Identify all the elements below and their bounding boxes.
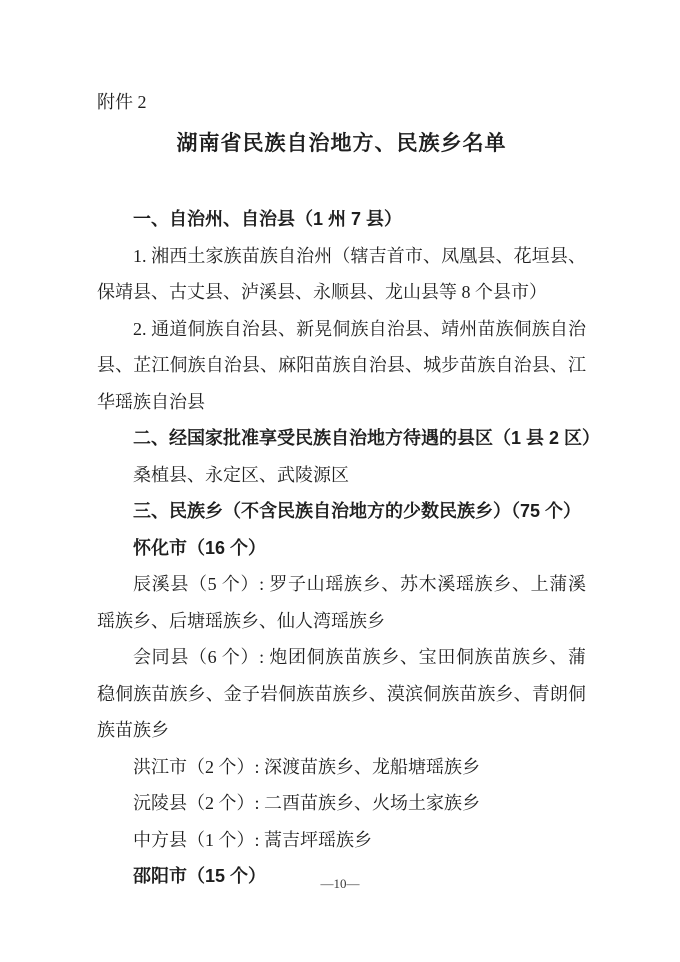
section-2-paragraph-treated-districts: 桑植县、永定区、武陵源区 (97, 457, 586, 494)
section-1-paragraph-xiangxi-prefecture: 1. 湘西土家族苗族自治州（辖吉首市、凤凰县、花垣县、保靖县、古丈县、泸溪县、永… (97, 238, 586, 311)
entry-hongjiang-city: 洪江市（2 个）: 深渡苗族乡、龙船塘瑶族乡 (97, 749, 586, 786)
entry-zhongfang-county: 中方县（1 个）: 蒿吉坪瑶族乡 (97, 822, 586, 859)
section-1-heading: 一、自治州、自治县（1 州 7 县） (97, 201, 586, 238)
document-page: 附件 2 湖南省民族自治地方、民族乡名单 一、自治州、自治县（1 州 7 县） … (0, 0, 680, 962)
section-2-heading: 二、经国家批准享受民族自治地方待遇的县区（1 县 2 区） (97, 420, 586, 457)
entry-huitong-county: 会同县（6 个）: 炮团侗族苗族乡、宝田侗族苗族乡、蒲稳侗族苗族乡、金子岩侗族苗… (97, 639, 586, 749)
page-number: —10— (0, 876, 680, 892)
section-3-heading: 三、民族乡（不含民族自治地方的少数民族乡）（75 个） (97, 493, 586, 530)
entry-chenxi-county: 辰溪县（5 个）: 罗子山瑶族乡、苏木溪瑶族乡、上蒲溪瑶族乡、后塘瑶族乡、仙人湾… (97, 566, 586, 639)
document-body: 一、自治州、自治县（1 州 7 县） 1. 湘西土家族苗族自治州（辖吉首市、凤凰… (97, 201, 586, 895)
entry-yuanling-county: 沅陵县（2 个）: 二酉苗族乡、火场土家族乡 (97, 785, 586, 822)
section-1-paragraph-autonomous-counties: 2. 通道侗族自治县、新晃侗族自治县、靖州苗族侗族自治县、芷江侗族自治县、麻阳苗… (97, 311, 586, 421)
attachment-label: 附件 2 (97, 84, 586, 121)
page-title: 湖南省民族自治地方、民族乡名单 (97, 121, 586, 165)
city-heading-huaihua: 怀化市（16 个） (97, 530, 586, 567)
